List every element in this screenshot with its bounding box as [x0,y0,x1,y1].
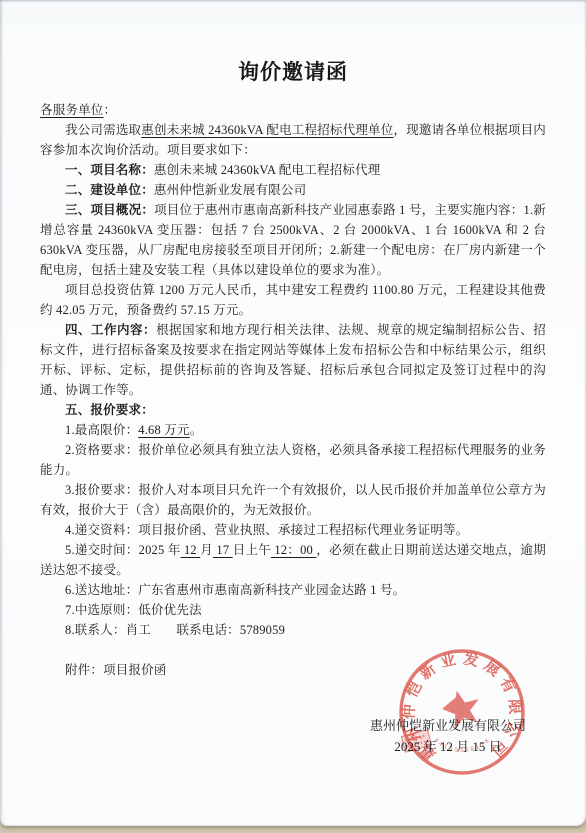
document-body: 各服务单位：我公司需选取惠创未来城 24360kVA 配电工程招标代理单位，现邀… [40,100,546,680]
scanned-page: 询价邀请函 各服务单位：我公司需选取惠创未来城 24360kVA 配电工程招标代… [0,0,586,826]
max-price-item: 1.最高限价：4.68 万元。 [40,420,546,440]
qualification-item: 2.资格要求：报价单位必须具有独立法人资格，必须具备承接工程招标代理服务的业务能… [40,440,546,480]
document-title: 询价邀请函 [40,57,546,87]
submission-deadline-item-segment: 17 [213,543,233,557]
work-content-item: 四、工作内容：根据国家和地方现行相关法律、法规、规章的规定编制招标公告、招标文件… [40,320,546,400]
attachment-line: 附件：项目报价函 [40,660,546,680]
quotation-rule-item-segment: 3.报价要求：报价人对本项目只允许一个有效报价，以人民币报价并加盖单位公章方为有… [40,483,546,517]
signature-block: 惠州仲恺新业发展有限公司 2025 年 12 月 15 日 [370,715,526,757]
project-name-item-segment: 惠创未来城 24360kVA 配电工程招标代理 [154,163,381,177]
construction-unit-item-segment: 惠州仲恺新业发展有限公司 [154,183,306,197]
salutation-line-segment: ： [104,103,117,117]
submission-deadline-item-segment: 日上午 [233,543,271,557]
max-price-item-segment: 。 [190,423,203,437]
submission-deadline-item-segment: 12 [181,543,201,557]
signature-company: 惠州仲恺新业发展有限公司 [370,715,526,736]
intro-paragraph: 我公司需选取惠创未来城 24360kVA 配电工程招标代理单位，现邀请各单位根据… [40,120,546,160]
submission-documents-item: 4.递交资料：项目报价函、营业执照、承接过工程招标代理业务证明等。 [40,520,546,540]
project-overview-item: 三、项目概况：项目位于惠州市惠南高新科技产业园惠泰路 1 号，主要实施内容：1.… [40,200,546,280]
max-price-item-segment: 4.68 万元 [138,423,189,437]
delivery-address-item: 6.送达地址：广东省惠州市惠南高新科技产业园金达路 1 号。 [40,580,546,600]
investment-paragraph: 项目总投资估算 1200 万元人民币，其中建安工程费约 1100.80 万元，工… [40,280,546,320]
quotation-requirements-heading: 五、报价要求： [40,400,546,420]
project-name-item-segment: 一、项目名称： [65,163,154,177]
intro-paragraph-segment: 我公司需选取 [65,123,141,137]
work-content-item-segment: 四、工作内容： [65,323,156,337]
document-content: 询价邀请函 各服务单位：我公司需选取惠创未来城 24360kVA 配电工程招标代… [0,57,586,757]
contact-item-segment: 8.联系人：肖工 联系电话：5789059 [65,623,285,637]
submission-documents-item-segment: 4.递交资料：项目报价函、营业执照、承接过工程招标代理业务证明等。 [65,523,468,537]
submission-deadline-item-segment: 12：00 [271,543,316,557]
selection-principle-item-segment: 7.中选原则：低价优先法 [65,603,202,617]
investment-paragraph-segment: 项目总投资估算 1200 万元人民币，其中建安工程费约 1100.80 万元，工… [40,283,546,317]
construction-unit-item-segment: 二、建设单位： [65,183,154,197]
project-overview-item-segment: 三、项目概况： [65,203,154,217]
contact-item: 8.联系人：肖工 联系电话：5789059 [40,620,546,640]
quotation-requirements-heading-segment: 五、报价要求： [65,403,154,417]
salutation-line-segment: 各服务单位 [40,103,104,117]
attachment-line-segment: 附件：项目报价函 [65,663,167,677]
project-name-item: 一、项目名称：惠创未来城 24360kVA 配电工程招标代理 [40,160,546,180]
intro-paragraph-segment: 惠创未来城 24360kVA 配电工程招标代理单位 [141,123,393,137]
submission-deadline-item-segment: 月 [200,543,213,557]
max-price-item-segment: 1.最高限价： [65,423,138,437]
submission-deadline-item: 5.递交时间：2025 年 12 月 17 日上午 12：00 ，必须在截止日期… [40,540,546,580]
signature-date: 2025 年 12 月 15 日 [370,736,526,757]
quotation-rule-item: 3.报价要求：报价人对本项目只允许一个有效报价，以人民币报价并加盖单位公章方为有… [40,480,546,520]
delivery-address-item-segment: 6.送达地址：广东省惠州市惠南高新科技产业园金达路 1 号。 [65,583,405,597]
salutation-line: 各服务单位： [40,100,546,120]
qualification-item-segment: 2.资格要求：报价单位必须具有独立法人资格，必须具备承接工程招标代理服务的业务能… [40,443,546,477]
construction-unit-item: 二、建设单位：惠州仲恺新业发展有限公司 [40,180,546,200]
selection-principle-item: 7.中选原则：低价优先法 [40,600,546,620]
submission-deadline-item-segment: 5.递交时间：2025 年 [65,543,181,557]
